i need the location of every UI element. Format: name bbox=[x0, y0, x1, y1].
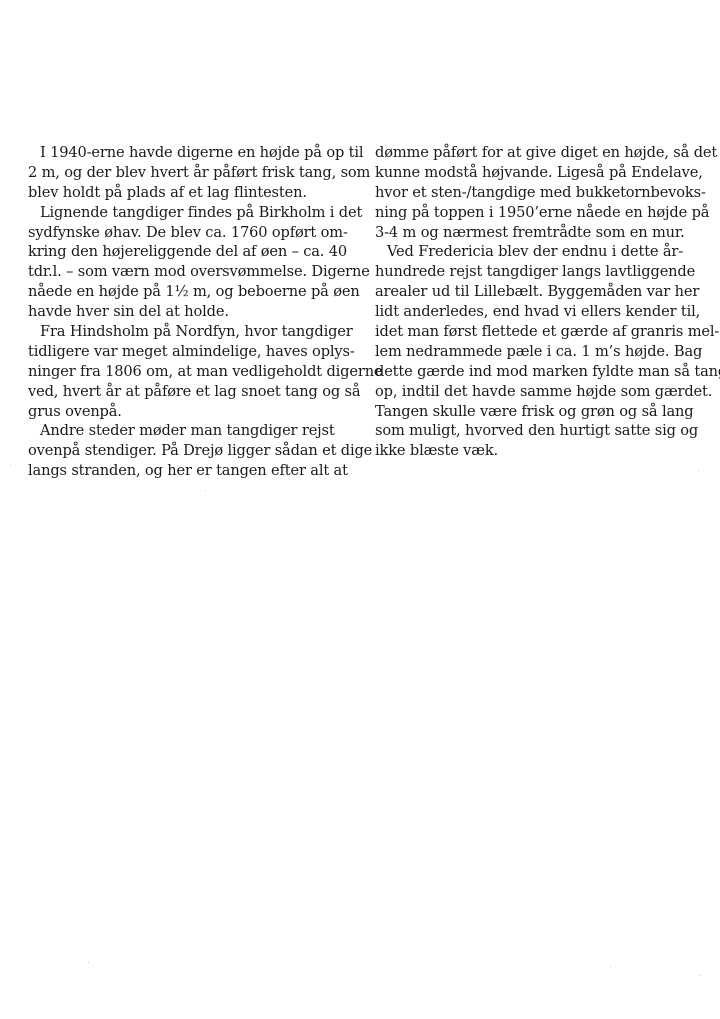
document-page: I 1940-erne havde digerne en højde på op… bbox=[0, 0, 720, 1019]
text-column-left: I 1940-erne havde digerne en højde på op… bbox=[28, 143, 363, 481]
text-line: kunne modstå højvande. Ligeså på Endelav… bbox=[375, 163, 710, 183]
text-line: I 1940-erne havde digerne en højde på op… bbox=[28, 143, 363, 163]
text-column-right: dømme påført for at give diget en højde,… bbox=[375, 143, 710, 461]
text-line: dette gærde ind mod marken fyldte man så… bbox=[375, 362, 710, 382]
text-line: nåede en højde på 1½ m, og beboerne på ø… bbox=[28, 282, 363, 302]
text-line: hundrede rejst tangdiger langs lavtligge… bbox=[375, 262, 710, 282]
text-line: lidt anderledes, end hvad vi ellers kend… bbox=[375, 302, 710, 322]
scan-speck bbox=[10, 465, 11, 466]
text-line: Fra Hindsholm på Nordfyn, hvor tangdiger bbox=[28, 322, 363, 342]
text-line: op, indtil det havde samme højde som gær… bbox=[375, 382, 710, 402]
text-line: 2 m, og der blev hvert år påført frisk t… bbox=[28, 163, 363, 183]
text-line: sydfynske øhav. De blev ca. 1760 opført … bbox=[28, 223, 363, 243]
text-line: ninger fra 1806 om, at man vedligeholdt … bbox=[28, 362, 363, 382]
text-line: tidligere var meget almindelige, haves o… bbox=[28, 342, 363, 362]
scan-speck bbox=[610, 966, 611, 967]
text-line: ning på toppen i 1950’erne nåede en højd… bbox=[375, 203, 710, 223]
scan-speck bbox=[700, 975, 701, 976]
text-line: ovenpå stendiger. På Drejø ligger sådan … bbox=[28, 441, 363, 461]
text-line: idet man først flettede et gærde af gran… bbox=[375, 322, 710, 342]
text-line: som muligt, hvorved den hurtigt satte si… bbox=[375, 421, 710, 441]
text-line: langs stranden, og her er tangen efter a… bbox=[28, 461, 363, 481]
scan-speck bbox=[205, 490, 206, 491]
scan-speck bbox=[698, 470, 699, 471]
text-line: ved, hvert år at påføre et lag snoet tan… bbox=[28, 382, 363, 402]
text-line: Lignende tangdiger findes på Birkholm i … bbox=[28, 203, 363, 223]
text-line: arealer ud til Lillebælt. Byggemåden var… bbox=[375, 282, 710, 302]
text-line: Tangen skulle være frisk og grøn og så l… bbox=[375, 402, 710, 422]
text-line: grus ovenpå. bbox=[28, 402, 363, 422]
text-line: tdr.l. – som værn mod oversvømmelse. Dig… bbox=[28, 262, 363, 282]
text-line: ikke blæste væk. bbox=[375, 441, 710, 461]
text-line: lem nedrammede pæle i ca. 1 m’s højde. B… bbox=[375, 342, 710, 362]
text-line: Ved Fredericia blev der endnu i dette år… bbox=[375, 242, 710, 262]
text-line: hvor et sten-/tangdige med bukketornbevo… bbox=[375, 183, 710, 203]
text-line: Andre steder møder man tangdiger rejst bbox=[28, 421, 363, 441]
text-line: dømme påført for at give diget en højde,… bbox=[375, 143, 710, 163]
scan-speck bbox=[88, 962, 89, 963]
text-line: blev holdt på plads af et lag flintesten… bbox=[28, 183, 363, 203]
text-line: havde hver sin del at holde. bbox=[28, 302, 363, 322]
text-line: 3-4 m og nærmest fremtrådte som en mur. bbox=[375, 223, 710, 243]
text-line: kring den højereliggende del af øen – ca… bbox=[28, 242, 363, 262]
